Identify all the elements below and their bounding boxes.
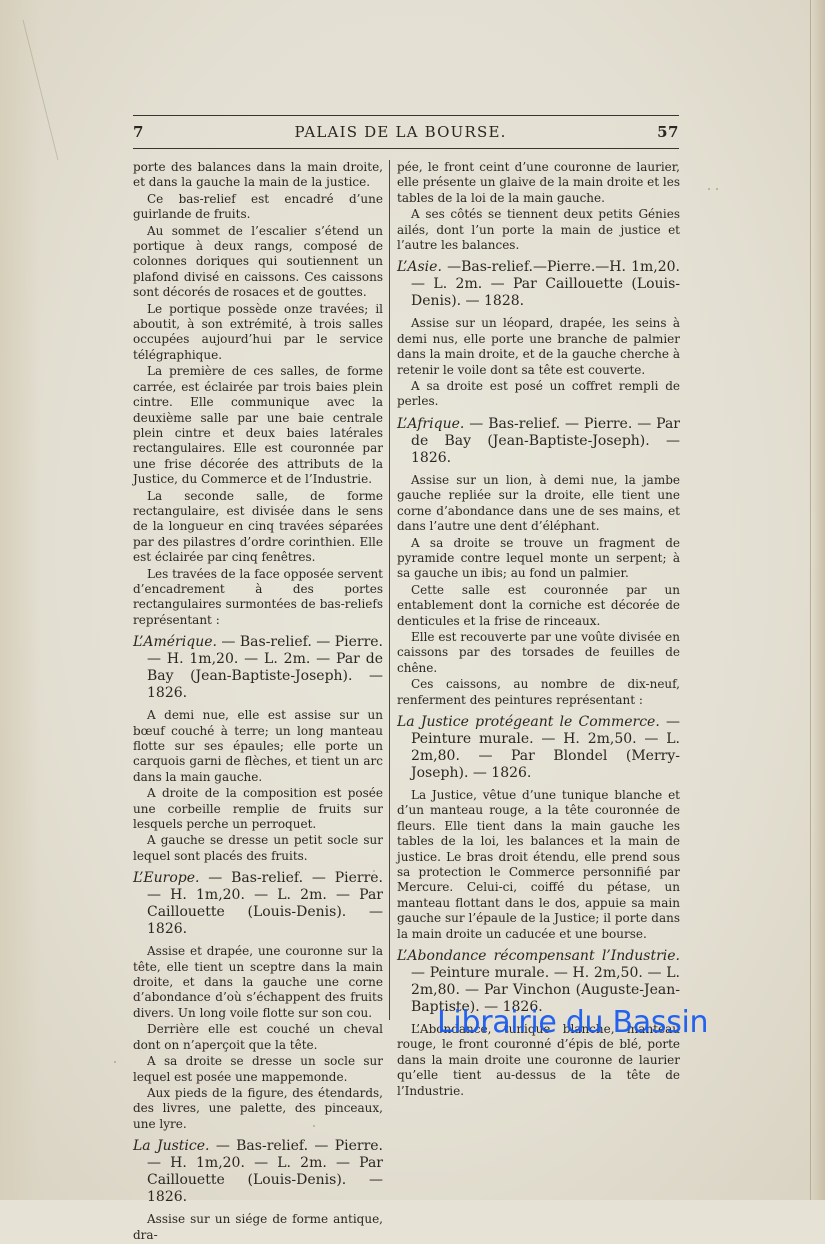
paragraph: Au sommet de l’escalier s’étend un porti…	[133, 224, 383, 301]
paragraph: Le portique possède onze travées; il abo…	[133, 302, 383, 364]
paragraph: A sa droite est posé un coffret rempli d…	[397, 379, 680, 410]
paragraph: A sa droite se dresse un socle sur leque…	[133, 1054, 383, 1085]
paragraph: Ces caissons, au nombre de dix-neuf, ren…	[397, 677, 680, 708]
paragraph: Assise sur un léopard, drapée, les seins…	[397, 316, 680, 378]
artwork-title: L’Abondance récompensant l’Industrie.	[397, 948, 680, 964]
artwork-entry-heading: L’Amérique. — Bas-relief. — Pierre. — H.…	[133, 634, 383, 702]
paragraph: La seconde salle, de forme rectangulaire…	[133, 489, 383, 566]
paragraph: La Justice, vêtue d’une tunique blanche …	[397, 788, 680, 942]
paragraph: A sa droite se trouve un fragment de pyr…	[397, 536, 680, 582]
paragraph: La première de ces salles, de forme carr…	[133, 364, 383, 487]
paragraph: Assise et drapée, une couronne sur la tê…	[133, 944, 383, 1021]
right-column: pée, le front ceint d’une couronne de la…	[397, 160, 680, 1100]
artwork-title: L’Amérique.	[133, 634, 217, 650]
paragraph: Ce bas-relief est encadré d’une guirland…	[133, 192, 383, 223]
left-column: porte des balances dans la main droite, …	[133, 160, 383, 1200]
paragraph: Derrière elle est couché un cheval dont …	[133, 1022, 383, 1053]
paragraph: A ses côtés se tiennent deux petits Géni…	[397, 207, 680, 253]
column-divider	[389, 160, 390, 1020]
artwork-entry-heading: L’Europe. — Bas-relief. — Pierre. — H. 1…	[133, 870, 383, 938]
artwork-entry-heading: L’Asie. —Bas-relief.—Pierre.—H. 1m,20. —…	[397, 259, 680, 310]
header-bottom-rule	[133, 148, 679, 149]
paragraph: Cette salle est couronnée par un entable…	[397, 583, 680, 629]
paragraph: A gauche se dresse un petit socle sur le…	[133, 833, 383, 864]
scanned-page: 7 PALAIS DE LA BOURSE. 57 porte des bala…	[0, 0, 825, 1200]
paragraph: Aux pieds de la figure, des étendards, d…	[133, 1086, 383, 1132]
running-header: 7 PALAIS DE LA BOURSE. 57	[133, 118, 679, 146]
paragraph: pée, le front ceint d’une couronne de la…	[397, 160, 680, 206]
paragraph: Les travées de la face opposée servent d…	[133, 567, 383, 629]
artwork-entry-heading: La Justice. — Bas-relief. — Pierre. — H.…	[133, 1138, 383, 1200]
artwork-entry-heading: La Justice protégeant le Commerce. — Pei…	[397, 714, 680, 782]
header-left-number: 7	[133, 123, 144, 141]
artwork-details: —Bas-relief.—Pierre.—H. 1m,20. — L. 2m. …	[411, 259, 680, 309]
paragraph: porte des balances dans la main droite, …	[133, 160, 383, 191]
artwork-title: La Justice.	[133, 1138, 209, 1154]
paragraph: A demi nue, elle est assise sur un bœuf …	[133, 708, 383, 785]
artwork-title: L’Europe.	[133, 870, 199, 886]
artwork-title: La Justice protégeant le Commerce.	[397, 714, 660, 730]
watermark: Librairie du Bassin	[437, 1005, 708, 1040]
running-title: PALAIS DE LA BOURSE.	[294, 123, 506, 141]
paper-crease	[0, 20, 58, 160]
artwork-title: L’Afrique.	[397, 416, 464, 432]
paragraph: Elle est recouverte par une voûte divisé…	[397, 630, 680, 676]
artwork-entry-heading: L’Afrique. — Bas-relief. — Pierre. — Par…	[397, 416, 680, 467]
artwork-title: L’Asie.	[397, 259, 442, 275]
paragraph: A droite de la composition est posée une…	[133, 786, 383, 832]
page-number: 57	[657, 123, 679, 141]
header-top-rule	[133, 115, 679, 116]
paragraph: Assise sur un lion, à demi nue, la jambe…	[397, 473, 680, 535]
